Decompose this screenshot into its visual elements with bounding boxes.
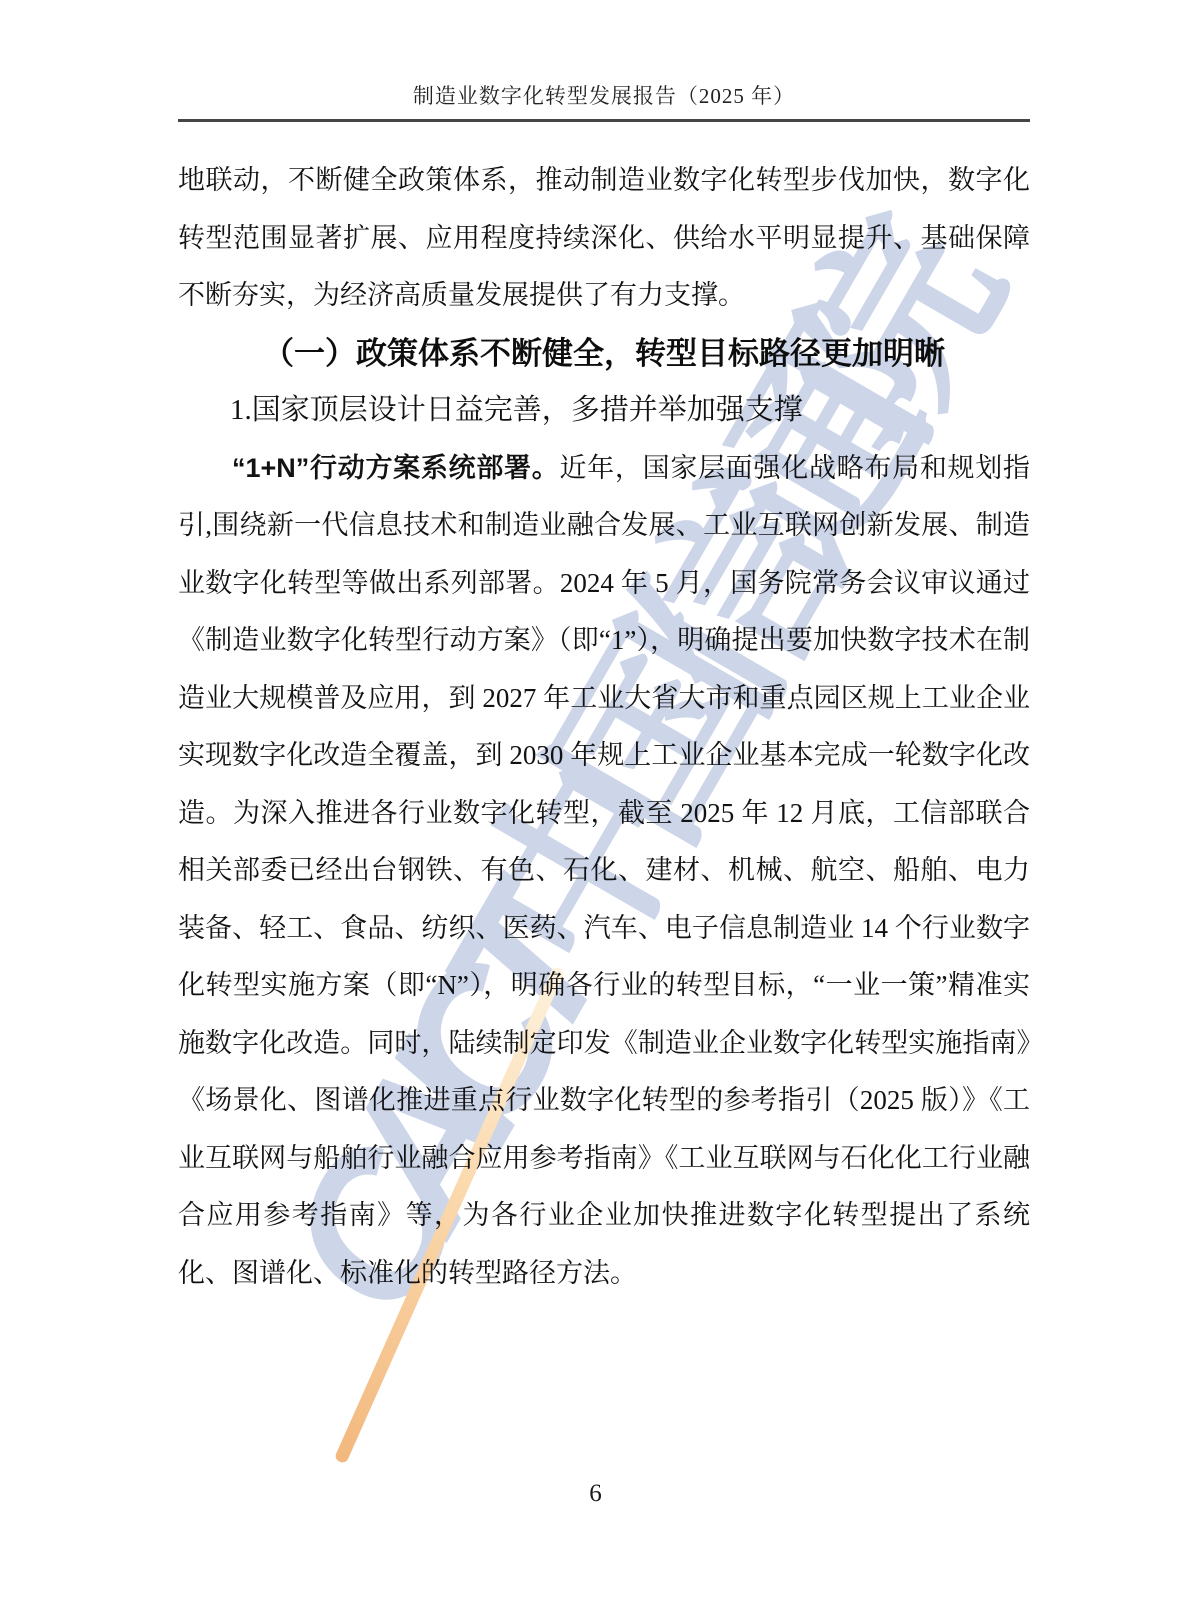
section-heading-1: （一）政策体系不断健全，转型目标路径更加明晰 bbox=[178, 325, 1030, 383]
page-header-rule bbox=[178, 119, 1030, 122]
document-body: 地联动，不断健全政策体系，推动制造业数字化转型步伐加快，数字化转型范围显著扩展、… bbox=[178, 152, 1030, 1302]
page-number: 6 bbox=[0, 1480, 1191, 1508]
sub-heading-1-1: 1.国家顶层设计日益完善，多措并举加强支撑 bbox=[178, 382, 1030, 440]
paragraph-1n-action-plan: “1+N”行动方案系统部署。近年，国家层面强化战略布局和规划指引,围绕新一代信息… bbox=[178, 440, 1030, 1303]
paragraph-policy-summary: 地联动，不断健全政策体系，推动制造业数字化转型步伐加快，数字化转型范围显著扩展、… bbox=[178, 152, 1030, 325]
paragraph-body-text: 近年，国家层面强化战略布局和规划指引,围绕新一代信息技术和制造业融合发展、工业互… bbox=[178, 453, 1030, 1288]
document-page: CAICT中国信通院 制造业数字化转型发展报告（2025 年） 地联动，不断健全… bbox=[0, 0, 1191, 1616]
page-header-title: 制造业数字化转型发展报告（2025 年） bbox=[178, 80, 1030, 110]
paragraph-lead-bold: “1+N”行动方案系统部署。 bbox=[232, 453, 559, 483]
